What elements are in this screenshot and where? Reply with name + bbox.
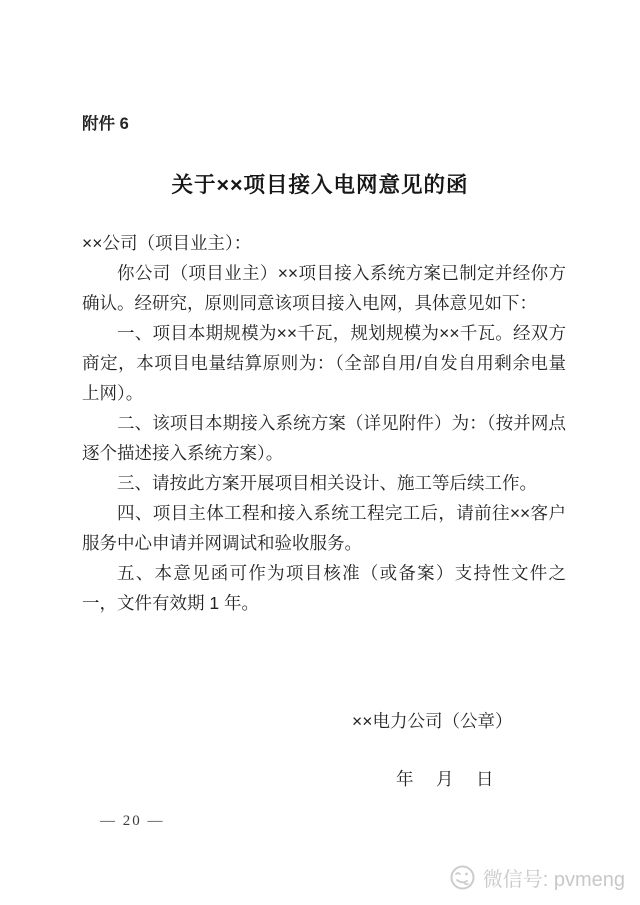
- document-page: 附件 6 关于××项目接入电网意见的函 ××公司（项目业主）： 你公司（项目业主…: [0, 0, 640, 905]
- document-body: ××公司（项目业主）： 你公司（项目业主）××项目接入系统方案已制定并经你方确认…: [82, 228, 566, 618]
- date-line: 年 月 日: [396, 766, 496, 791]
- paragraph-clause-5: 五、本意见函可作为项目核准（或备案）支持性文件之一，文件有效期 1 年。: [82, 558, 566, 618]
- wechat-watermark: 微信号: pvmeng: [449, 863, 625, 892]
- attachment-label: 附件 6: [82, 110, 129, 134]
- paragraph-clause-3: 三、请按此方案开展项目相关设计、施工等后续工作。: [82, 468, 566, 498]
- wechat-smiley-icon: [449, 864, 476, 891]
- paragraph-clause-1: 一、项目本期规模为××千瓦，规划规模为××千瓦。经双方商定，本项目电量结算原则为…: [82, 318, 566, 408]
- salutation-line: ××公司（项目业主）：: [82, 228, 566, 258]
- paragraph-intro: 你公司（项目业主）××项目接入系统方案已制定并经你方确认。经研究，原则同意该项目…: [82, 258, 566, 318]
- paragraph-clause-2: 二、该项目本期接入系统方案（详见附件）为：（按并网点逐个描述接入系统方案）。: [82, 408, 566, 468]
- document-title: 关于××项目接入电网意见的函: [0, 168, 640, 199]
- wechat-watermark-label: 微信号: pvmeng: [483, 863, 625, 892]
- signature-company-seal: ××电力公司（公章）: [352, 708, 512, 733]
- paragraph-clause-4: 四、项目主体工程和接入系统工程完工后，请前往××客户服务中心申请并网调试和验收服…: [82, 498, 566, 558]
- page-number: — 20 —: [100, 813, 165, 830]
